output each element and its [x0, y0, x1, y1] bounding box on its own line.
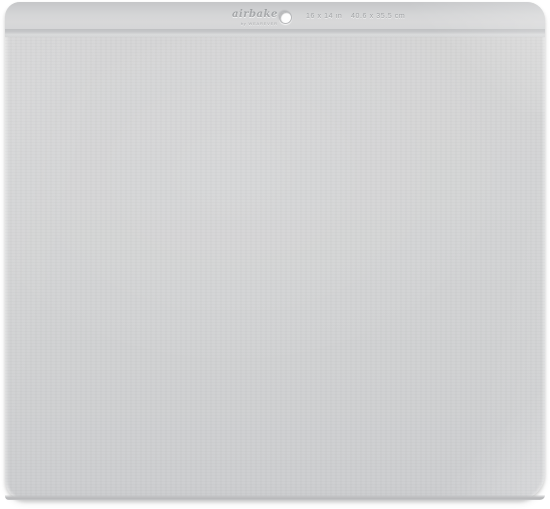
baking-sheet: airbake by WEAREVER 16 x 14 in 40.6 x 35…: [5, 2, 545, 500]
top-right-highlight: [395, 2, 545, 112]
size-cm-embossing: 40.6 x 35.5 cm: [351, 13, 405, 20]
hang-hole: [279, 11, 292, 24]
bottom-right-highlight: [425, 380, 545, 500]
size-inches-embossing: 16 x 14 in: [306, 13, 342, 20]
brand-embossing: airbake by WEAREVER: [232, 10, 278, 28]
brand-logo-subtext: by WEAREVER: [232, 19, 278, 28]
pan-bottom-edge: [5, 495, 545, 500]
product-photo: airbake by WEAREVER 16 x 14 in 40.6 x 35…: [0, 0, 550, 509]
